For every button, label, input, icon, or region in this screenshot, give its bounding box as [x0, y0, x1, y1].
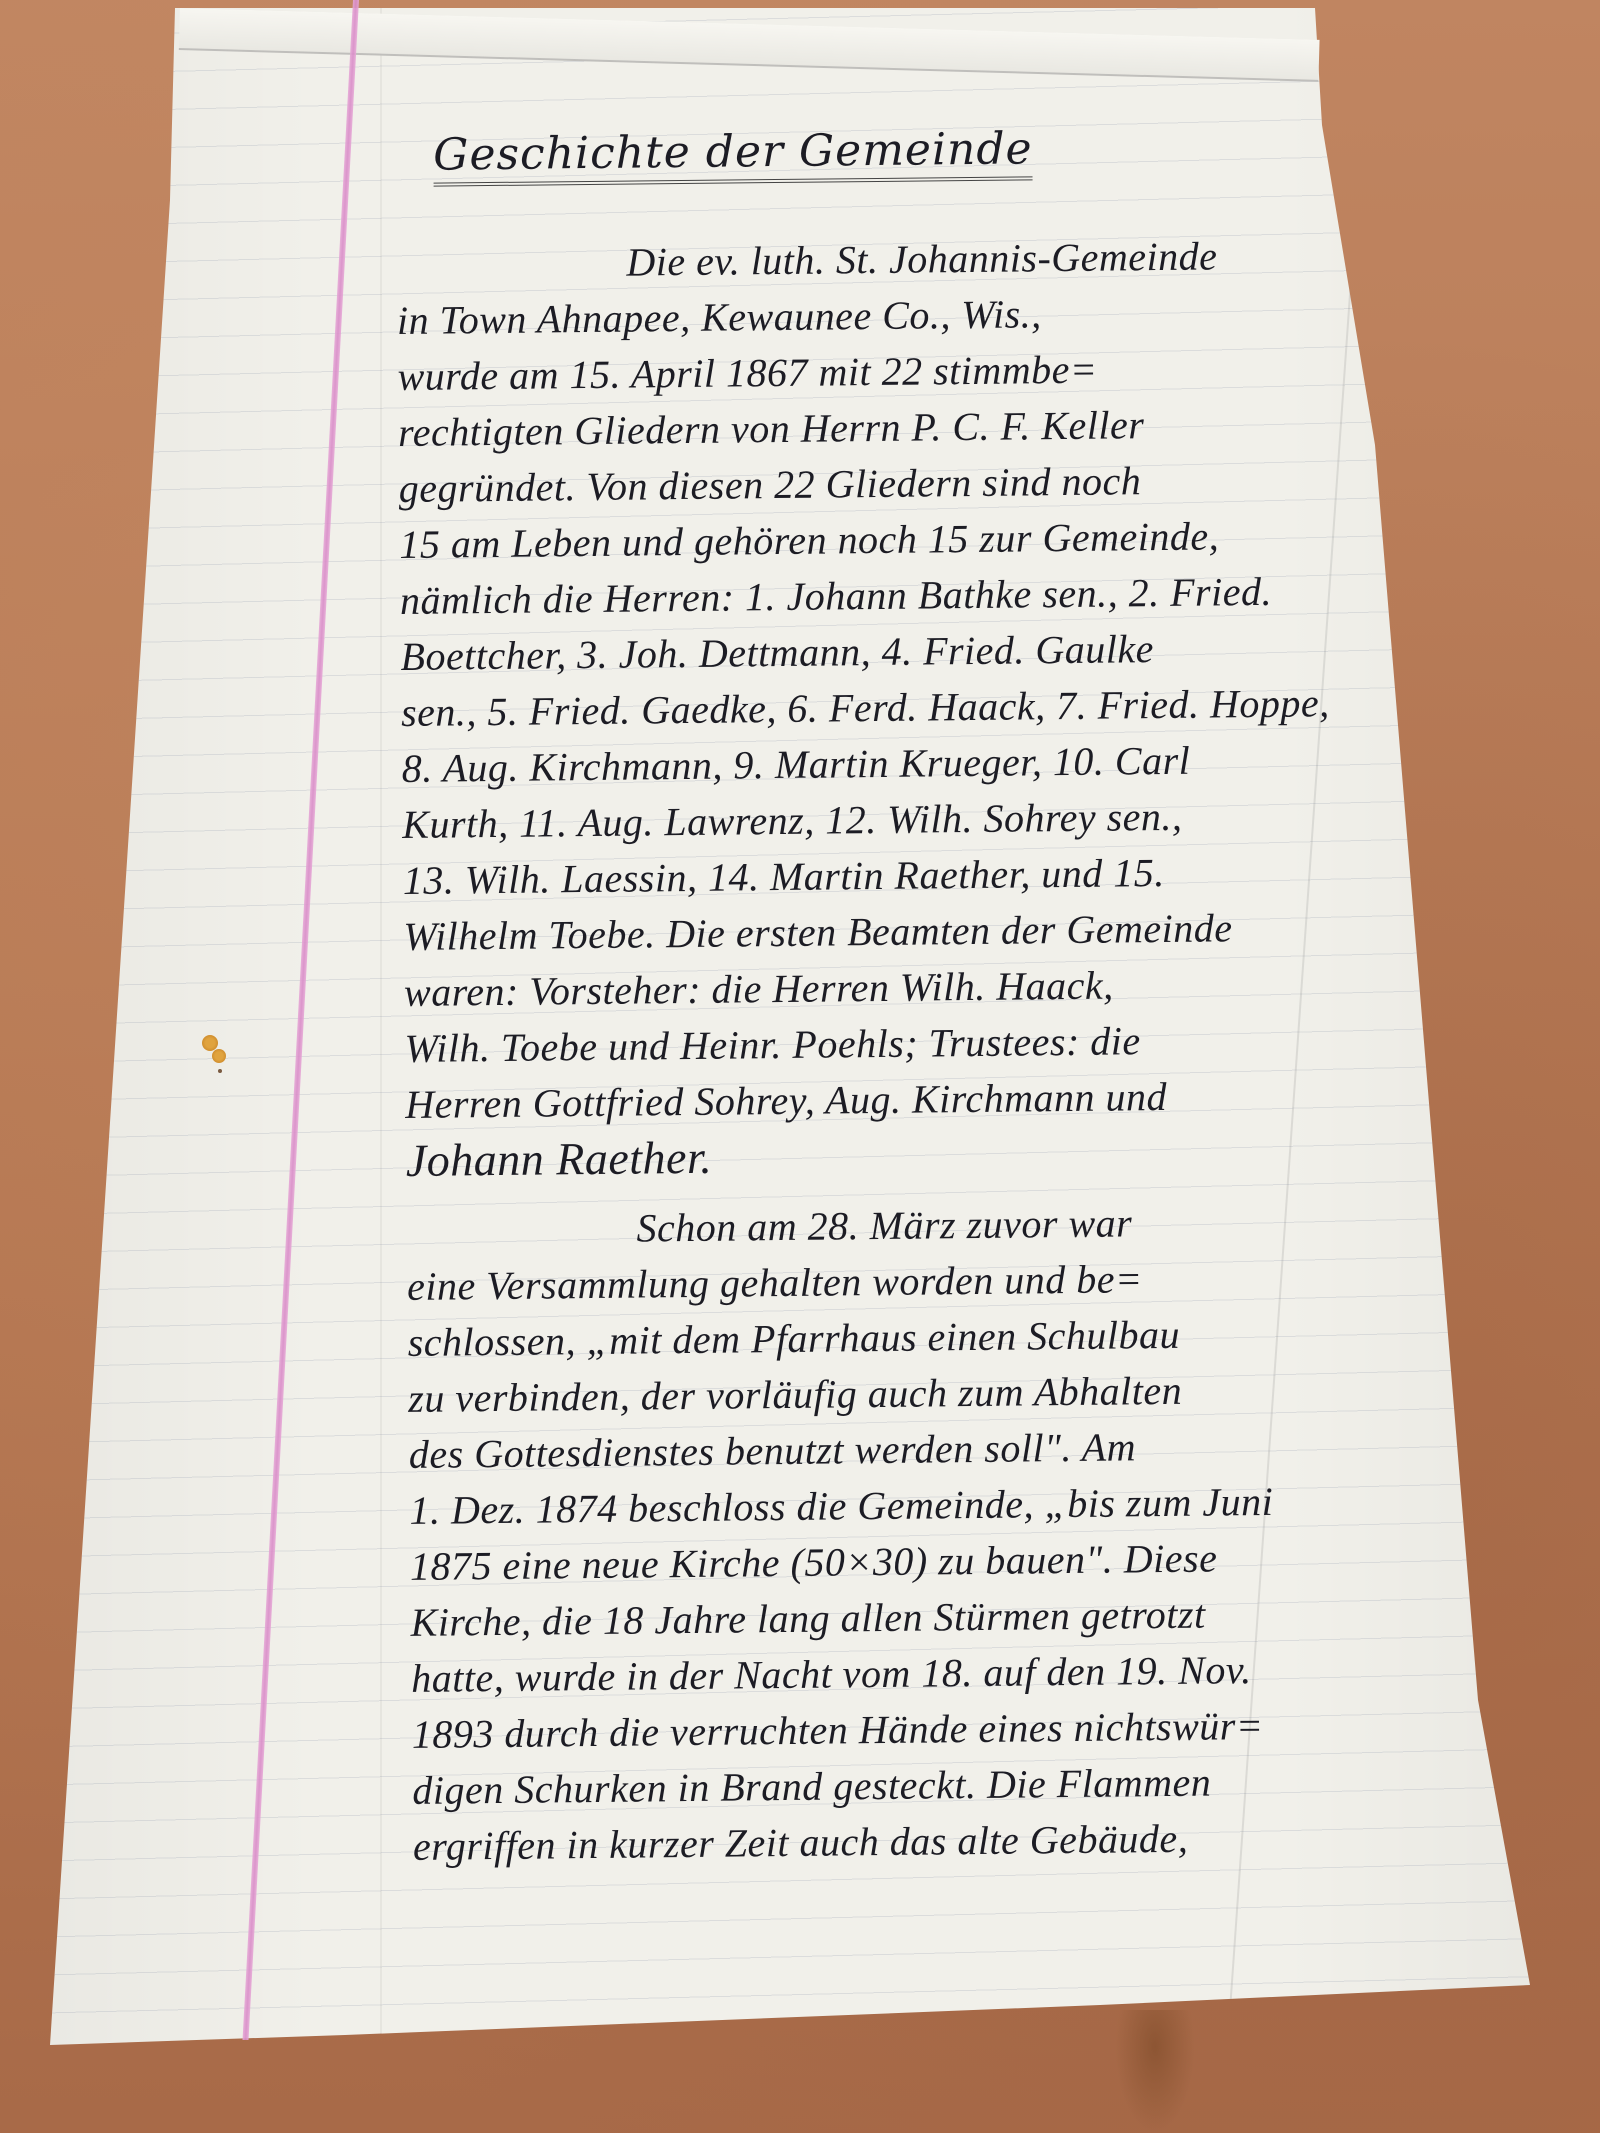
paragraph-1: Die ev. luth. St. Johannis-Gemeinde in T…: [396, 226, 1466, 1189]
water-stain: [1115, 2010, 1195, 2133]
document-title: Geschichte der Gemeinde: [433, 123, 1033, 186]
text-line: Johann Raether.: [406, 1122, 1467, 1189]
handwritten-text: Geschichte der Gemeinde Die ev. luth. St…: [395, 119, 1473, 1875]
fold-crease: [380, 0, 382, 2133]
text-line: ergriffen in kurzer Zeit auch das alte G…: [413, 1808, 1474, 1875]
paragraph-2: Schon am 28. März zuvor war eine Versamm…: [406, 1192, 1473, 1875]
text-line: sen., 5. Fried. Gaedke, 6. Ferd. Haack, …: [401, 674, 1462, 741]
